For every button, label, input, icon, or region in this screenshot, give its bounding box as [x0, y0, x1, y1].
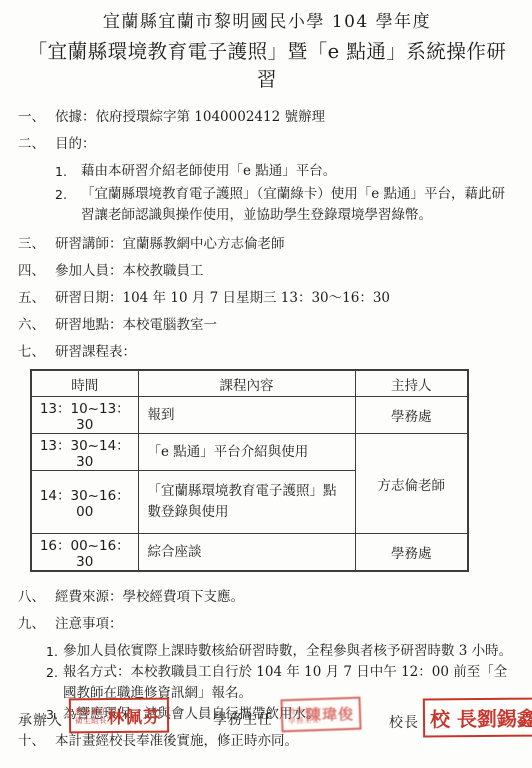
- director-label: 學務主任: [213, 709, 273, 729]
- schedule-row-2-time: 13：30~14：30: [31, 434, 138, 471]
- section-schedule-label: 七、: [18, 342, 55, 362]
- schedule-header-host: 主持人: [355, 370, 468, 397]
- section-location: 六、 研習地點：本校電腦教室一: [18, 315, 516, 335]
- director-stamp-name: 陳瑋俊: [306, 703, 354, 725]
- schedule-row-4-content: 綜合座談: [138, 534, 355, 572]
- principal-stamp-name: 校 長劉錫鑫: [430, 703, 532, 733]
- purpose-item-2-number: 2.: [55, 184, 81, 226]
- staff-stamp-title-line2: 衛生組長: [75, 716, 107, 725]
- document-title-line2: 「宜蘭縣環境教育電子護照」暨「e 點通」系統操作研習: [18, 38, 516, 94]
- section-participants-label: 四、: [18, 261, 55, 281]
- section-location-label: 六、: [18, 315, 55, 335]
- section-purpose-text: 目的：: [55, 134, 516, 154]
- principal-stamp: 校 長劉錫鑫: [423, 697, 532, 737]
- principal-label: 校長: [389, 712, 419, 732]
- section-notes: 九、 注意事項：: [18, 614, 516, 634]
- schedule-row-4-host: 學務處: [355, 534, 468, 572]
- section-purpose: 二、 目的：: [18, 134, 516, 154]
- schedule-table: 時間 課程內容 主持人 13：10~13：30 報到 學務處 13：30~14：…: [30, 369, 469, 572]
- section-funding-label: 八、: [18, 587, 55, 607]
- document-title-line1: 宜蘭縣宜蘭市黎明國民小學 104 學年度: [18, 10, 516, 34]
- section-participants-text: 參加人員：本校教職員工: [55, 261, 516, 281]
- section-notes-text: 注意事項：: [55, 614, 516, 634]
- section-purpose-label: 二、: [18, 134, 55, 154]
- signature-director: 學務主任 教師兼任 學務主任 陳瑋俊: [213, 698, 361, 731]
- signature-row: 承辦人 教師兼任 衛生組長 林佩芬 學務主任 教師兼任 學務主任 陳瑋俊 校: [18, 698, 526, 737]
- purpose-item-1-text: 藉由本研習介紹老師使用「e 點通」平台。: [81, 161, 516, 182]
- schedule-header-time: 時間: [31, 370, 138, 397]
- section-basis-label: 一、: [18, 107, 55, 127]
- schedule-row-2-3-host-merged: 方志倫老師: [355, 434, 468, 534]
- purpose-item-1: 1. 藉由本研習介紹老師使用「e 點通」平台。: [55, 161, 516, 182]
- schedule-row-2-content: 「e 點通」平台介紹與使用: [138, 434, 355, 471]
- note-item-1-number: 1.: [46, 641, 63, 662]
- section-basis-text: 依據：依府授環綜字第 1040002412 號辦理: [55, 107, 516, 127]
- section-notes-label: 九、: [18, 614, 55, 634]
- document-page: 宜蘭縣宜蘭市黎明國民小學 104 學年度 「宜蘭縣環境教育電子護照」暨「e 點通…: [0, 0, 532, 768]
- document-body: 一、 依據：依府授環綜字第 1040002412 號辦理 二、 目的： 1. 藉…: [18, 107, 516, 751]
- signature-principal: 校長 校 長劉錫鑫: [389, 698, 532, 737]
- schedule-row-4-time: 16：00~16：30: [31, 534, 138, 572]
- schedule-header-row: 時間 課程內容 主持人: [31, 370, 468, 397]
- signature-staff: 承辦人 教師兼任 衛生組長 林佩芬: [18, 698, 169, 733]
- section-lecturer-text: 研習講師：宜蘭縣教網中心方志倫老師: [55, 234, 516, 254]
- section-lecturer: 三、 研習講師：宜蘭縣教網中心方志倫老師: [18, 234, 516, 254]
- section-date-text: 研習日期：104 年 10 月 7 日星期三 13：30～16：30: [55, 288, 516, 308]
- staff-label: 承辦人: [18, 710, 63, 730]
- section-participants: 四、 參加人員：本校教職員工: [18, 261, 516, 281]
- schedule-row-1-content: 報到: [138, 397, 355, 434]
- schedule-header-content: 課程內容: [138, 370, 355, 397]
- section-date-label: 五、: [18, 288, 55, 308]
- section-funding: 八、 經費來源：學校經費項下支應。: [18, 587, 516, 607]
- purpose-item-1-number: 1.: [55, 161, 81, 182]
- section-location-text: 研習地點：本校電腦教室一: [55, 315, 516, 335]
- schedule-row-1-time: 13：10~13：30: [31, 397, 138, 434]
- schedule-row-3-content: 「宜蘭縣環境教育電子護照」點數登錄與使用: [138, 471, 355, 534]
- note-item-1: 1. 參加人員依實際上課時數核給研習時數，全程參與者核予研習時數 3 小時。: [46, 641, 516, 662]
- schedule-row-3-time: 14：30~16：00: [31, 471, 138, 534]
- staff-stamp: 教師兼任 衛生組長 林佩芬: [69, 698, 169, 734]
- staff-stamp-titles: 教師兼任 衛生組長: [75, 707, 107, 725]
- section-funding-text: 經費來源：學校經費項下支應。: [55, 587, 516, 607]
- section-basis: 一、 依據：依府授環綜字第 1040002412 號辦理: [18, 107, 516, 127]
- schedule-row-1-host: 學務處: [355, 397, 468, 434]
- section-lecturer-label: 三、: [18, 234, 55, 254]
- purpose-item-2-text: 「宜蘭縣環境教育電子護照」（宜蘭綠卡）使用「e 點通」平台，藉此研習讓老師認識與…: [81, 184, 516, 226]
- director-stamp: 教師兼任 學務主任 陳瑋俊: [280, 697, 361, 733]
- schedule-row-4: 16：00~16：30 綜合座談 學務處: [31, 534, 468, 572]
- schedule-row-1: 13：10~13：30 報到 學務處: [31, 397, 468, 434]
- section-date: 五、 研習日期：104 年 10 月 7 日星期三 13：30～16：30: [18, 288, 516, 308]
- purpose-item-2: 2. 「宜蘭縣環境教育電子護照」（宜蘭綠卡）使用「e 點通」平台，藉此研習讓老師…: [55, 184, 516, 226]
- staff-stamp-name: 林佩芬: [107, 703, 161, 728]
- schedule-row-2: 13：30~14：30 「e 點通」平台介紹與使用 方志倫老師: [31, 434, 468, 471]
- section-schedule: 七、 研習課程表：: [18, 342, 516, 362]
- staff-stamp-title-line1: 教師兼任: [75, 707, 107, 716]
- section-schedule-text: 研習課程表：: [55, 342, 516, 362]
- note-item-1-text: 參加人員依實際上課時數核給研習時數，全程參與者核予研習時數 3 小時。: [63, 641, 516, 662]
